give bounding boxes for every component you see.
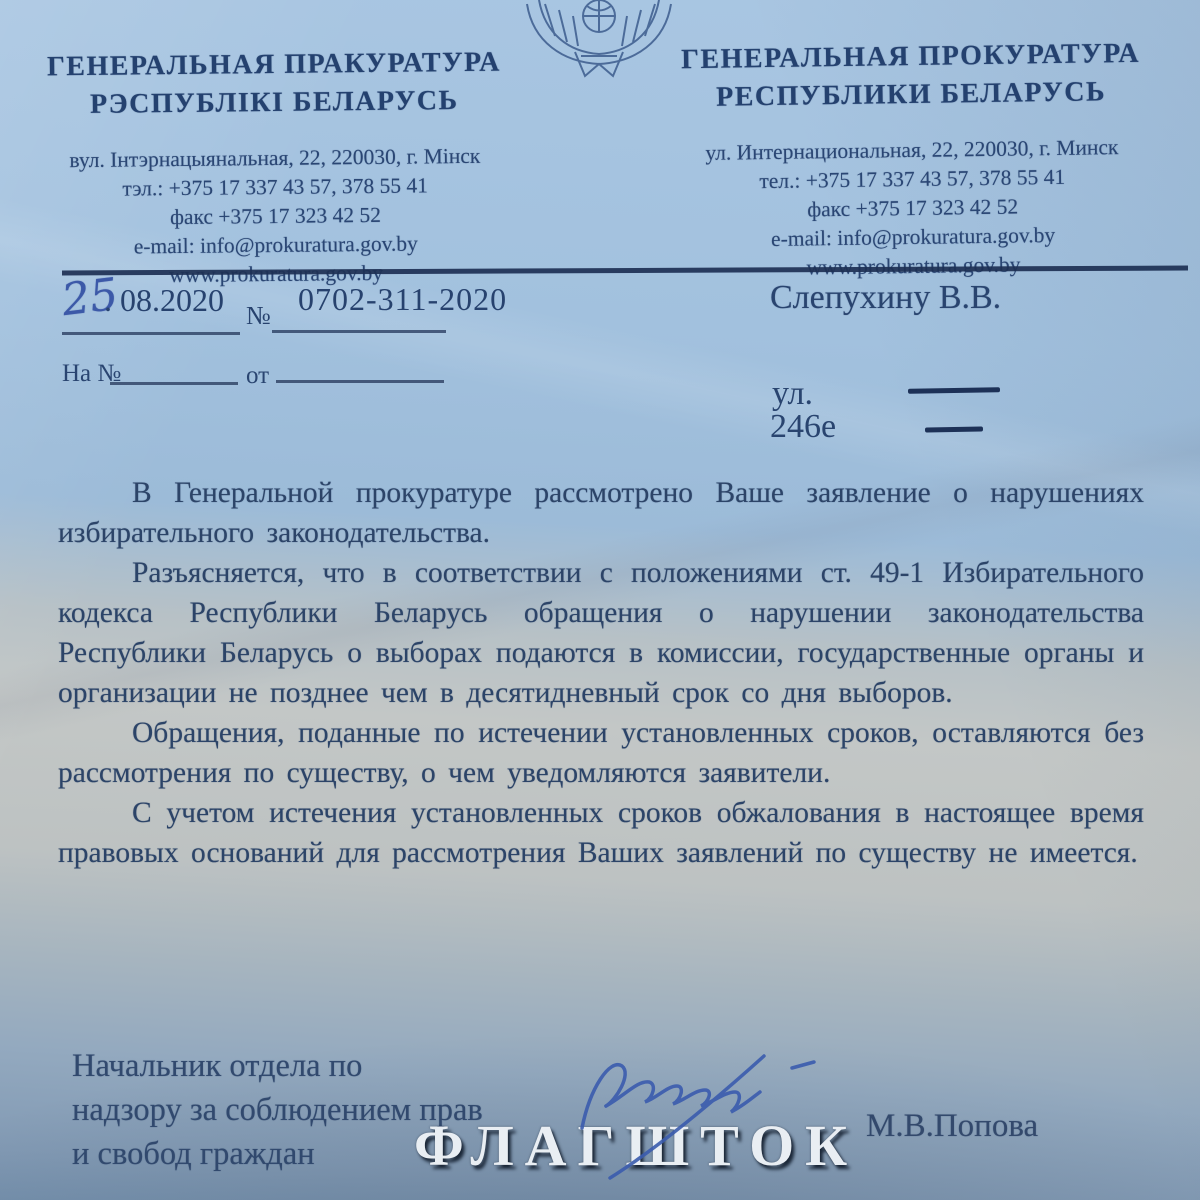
coat-of-arms-icon (515, 0, 685, 80)
letter-photo: ГЕНЕРАЛЬНАЯ ПРАКУРАТУРА РЭСПУБЛІКІ БЕЛАР… (0, 0, 1200, 1200)
letter-body: В Генеральной прокуратуре рассмотрено Ва… (58, 473, 1144, 873)
from-label: от (246, 362, 269, 390)
addressee-name: Слепухину В.В. (770, 279, 1001, 317)
date-month-year: . 08.2020 (104, 282, 224, 319)
org-contacts: ул. Интернациональная, 22, 220030, г. Ми… (672, 133, 1154, 285)
blank-line (272, 330, 446, 333)
signer-title-line: Начальник отдела по (72, 1044, 592, 1088)
blank-line (276, 380, 444, 383)
body-paragraph: Обращения, поданные по истечении установ… (58, 713, 1144, 793)
body-paragraph: Разъясняется, что в соответствии с полож… (58, 553, 1144, 713)
signer-name: М.В.Попова (866, 1108, 1038, 1145)
handwritten-signature (552, 1040, 842, 1190)
blank-line (62, 332, 240, 335)
body-paragraph: В Генеральной прокуратуре рассмотрено Ва… (58, 473, 1144, 553)
blank-line (110, 382, 238, 385)
letterhead-right: ГЕНЕРАЛЬНАЯ ПРОКУРАТУРА РЕСПУБЛИКИ БЕЛАР… (670, 35, 1153, 285)
redaction-bar (908, 387, 1000, 394)
number-label: № (246, 301, 271, 331)
org-name-line1: ГЕНЕРАЛЬНАЯ ПРОКУРАТУРА (670, 35, 1150, 80)
redaction-bar (925, 426, 983, 432)
addressee-house: 246е (770, 408, 836, 446)
body-paragraph: С учетом истечения установленных сроков … (58, 793, 1144, 873)
outgoing-number: 0702-311-2020 (298, 281, 507, 318)
org-name-line2: РЭСПУБЛІКІ БЕЛАРУСЬ (39, 82, 509, 125)
contact-line: вул. Інтэрнацыянальная, 22, 220030, г. М… (40, 142, 510, 176)
org-name-line1: ГЕНЕРАЛЬНАЯ ПРАКУРАТУРА (39, 44, 509, 87)
letterhead-left: ГЕНЕРАЛЬНАЯ ПРАКУРАТУРА РЭСПУБЛІКІ БЕЛАР… (39, 44, 512, 292)
org-name-line2: РЕСПУБЛИКИ БЕЛАРУСЬ (671, 73, 1151, 118)
